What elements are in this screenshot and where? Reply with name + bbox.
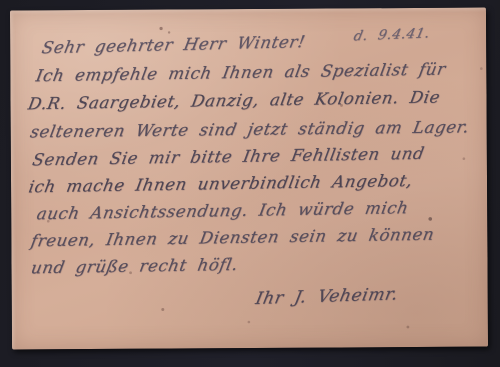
handwriting-line: auch Ansichtssendung. Ich würde mich [35, 198, 410, 223]
scan-background: d. 9.4.41. Sehr geehrter Herr Winter! Ic… [0, 0, 500, 367]
handwriting-line: selteneren Werte sind jetzt ständig am L… [29, 117, 471, 141]
date-line: d. 9.4.41. [352, 25, 431, 44]
postcard: d. 9.4.41. Sehr geehrter Herr Winter! Ic… [10, 8, 488, 350]
handwriting-line: Ich empfehle mich Ihnen als Spezialist f… [34, 60, 447, 86]
handwriting-line: freuen, Ihnen zu Diensten sein zu können [29, 225, 436, 251]
handwriting-line-salutation: Sehr geehrter Herr Winter! [40, 32, 307, 57]
handwriting-line-closing: und grüße recht höfl. [30, 255, 240, 277]
handwriting-line: D.R. Saargebiet, Danzig, alte Kolonien. … [27, 88, 442, 114]
signature: Ihr J. Veheimr. [254, 284, 400, 309]
paper-speckles [10, 10, 12, 12]
handwriting-line: Senden Sie mir bitte Ihre Fehllisten und [31, 144, 426, 170]
handwriting-line: ich mache Ihnen unverbindlich Angebot, [27, 171, 414, 196]
